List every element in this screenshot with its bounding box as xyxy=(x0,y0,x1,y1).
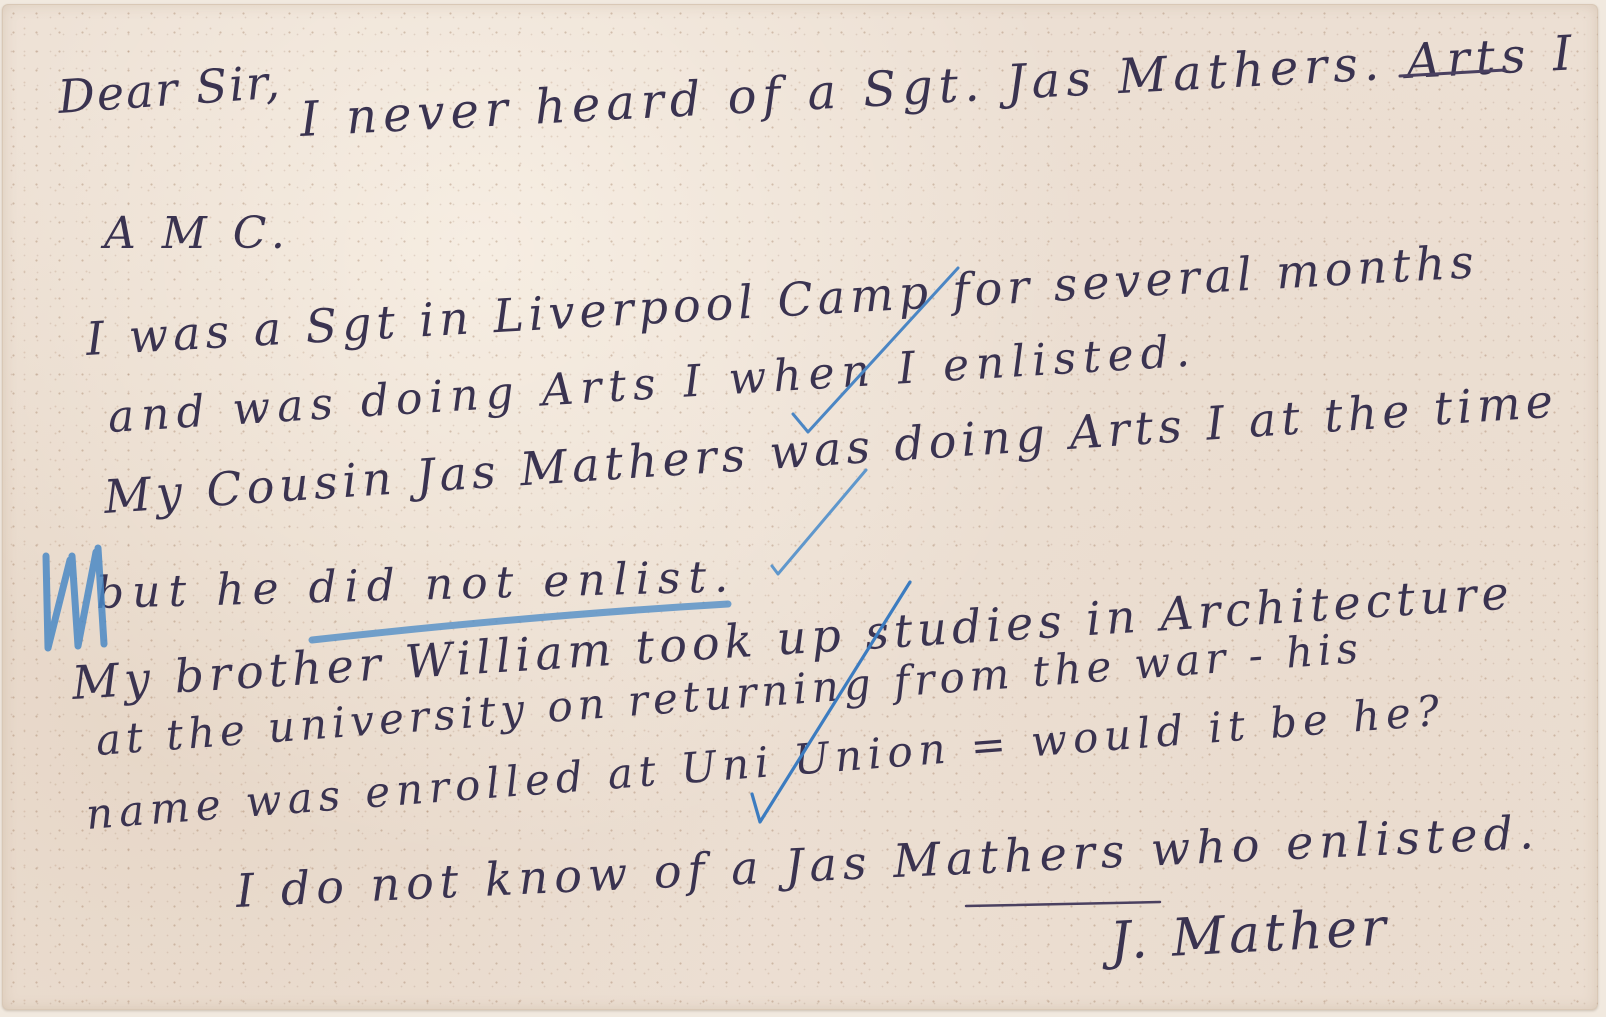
letter-line-2: A M C. xyxy=(104,208,291,259)
